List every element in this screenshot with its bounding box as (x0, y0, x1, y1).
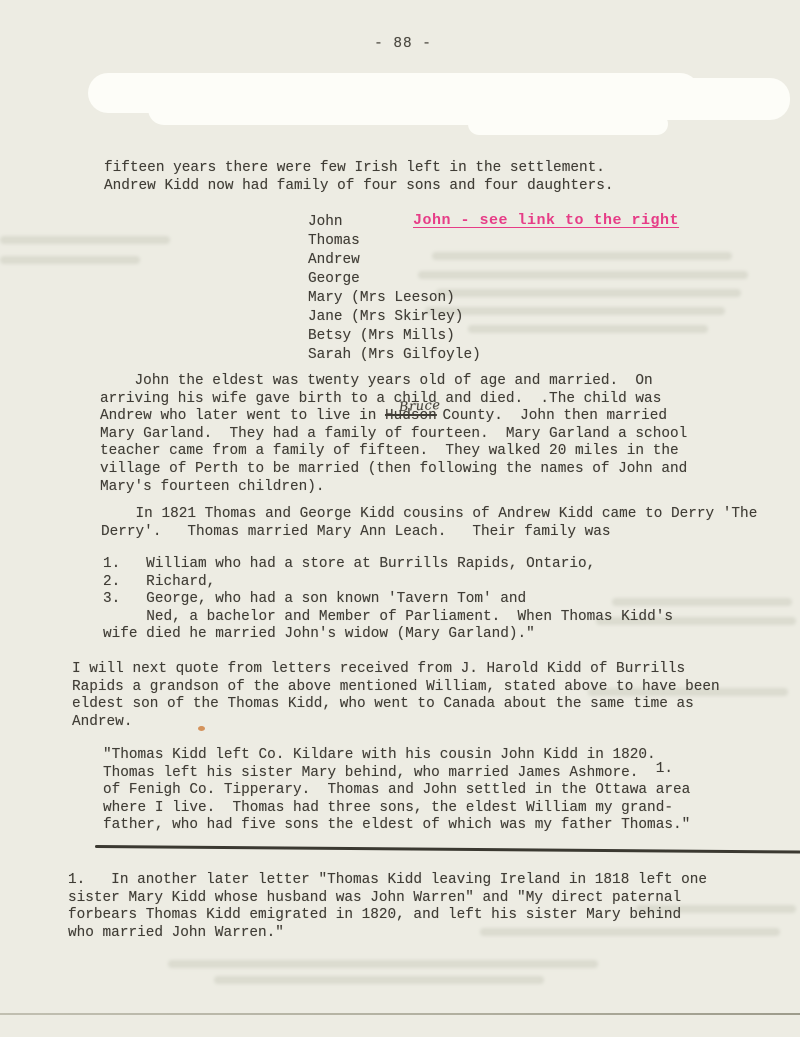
family-numbered-list: 1. William who had a store at Burrills R… (103, 556, 723, 644)
bleedthrough-mark (0, 256, 140, 264)
letter-quote-text-continued: of Fenigh Co. Tipperary. Thomas and John… (103, 782, 690, 833)
scanned-document-page: { "colors": { "paper": "#edece3", "ink":… (0, 0, 800, 1037)
children-name-list: John Thomas Andrew George Mary (Mrs Lees… (308, 213, 568, 365)
derry-paragraph: In 1821 Thomas and George Kidd cousins o… (101, 506, 791, 541)
letter-quote-paragraph: "Thomas Kidd left Co. Kildare with his c… (103, 747, 773, 835)
footnote-reference: 1. (656, 761, 673, 779)
quote-intro-paragraph: I will next quote from letters received … (72, 661, 772, 731)
redaction-blob (88, 73, 700, 113)
section-divider-line (95, 845, 800, 854)
ink-smudge-dot (198, 726, 205, 731)
john-paragraph: John the eldest was twenty years old of … (100, 373, 750, 496)
footnote-paragraph: 1. In another later letter "Thomas Kidd … (68, 872, 768, 942)
john-link-annotation[interactable]: John - see link to the right (413, 212, 679, 229)
bleedthrough-mark (168, 960, 598, 968)
page-number: - 88 - (338, 36, 468, 54)
intro-paragraph: fifteen years there were few Irish left … (104, 160, 664, 195)
bleedthrough-mark (214, 976, 544, 984)
letter-quote-text: "Thomas Kidd left Co. Kildare with his c… (103, 747, 656, 781)
page-bottom-edge (0, 1013, 800, 1015)
handwritten-correction-bruce: Bruce (399, 401, 441, 413)
bleedthrough-mark (0, 236, 170, 244)
